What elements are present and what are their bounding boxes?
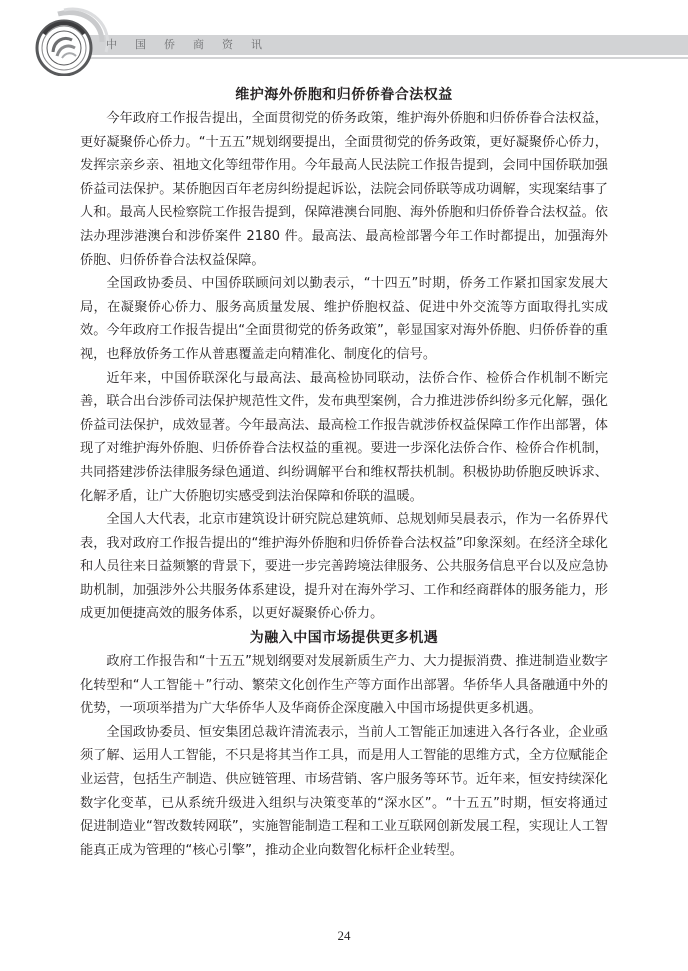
section-heading: 维护海外侨胞和归侨侨眷合法权益: [80, 83, 608, 107]
association-logo-icon: [20, 6, 110, 76]
header-title-char: 资: [222, 37, 251, 53]
paragraph: 全国政协委员、恒安集团总裁许清流表示，当前人工智能正加速进入各行各业，企业亟须了…: [80, 721, 608, 863]
paragraph: 政府工作报告和“十五五”规划纲要对发展新质生产力、大力提振消费、推进制造业数字化…: [80, 650, 608, 721]
section-market-opportunities: 为融入中国市场提供更多机遇 政府工作报告和“十五五”规划纲要对发展新质生产力、大…: [80, 626, 608, 862]
paragraph: 今年政府工作报告提出，全面贯彻党的侨务政策，维护海外侨胞和归侨侨眷合法权益，更好…: [80, 107, 608, 272]
header-title: 中 国 侨 商 资 讯: [106, 37, 280, 53]
header-title-char: 中: [106, 37, 135, 53]
section-overseas-rights: 维护海外侨胞和归侨侨眷合法权益 今年政府工作报告提出，全面贯彻党的侨务政策，维护…: [80, 83, 608, 626]
paragraph: 全国人大代表，北京市建筑设计研究院总建筑师、总规划师吴晨表示，作为一名侨界代表，…: [80, 508, 608, 626]
paragraph: 近年来，中国侨联深化与最高法、最高检协同联动，法侨合作、检侨合作机制不断完善，联…: [80, 367, 608, 509]
header-title-char: 国: [135, 37, 164, 53]
paragraph: 全国政协委员、中国侨联顾问刘以勤表示，“十四五”时期，侨务工作紧扣国家发展大局，…: [80, 272, 608, 366]
header-title-char: 商: [193, 37, 222, 53]
page-number: 24: [0, 928, 688, 944]
page-header: 中 国 侨 商 资 讯: [0, 0, 688, 70]
header-title-char: 侨: [164, 37, 193, 53]
article-body: 维护海外侨胞和归侨侨眷合法权益 今年政府工作报告提出，全面贯彻党的侨务政策，维护…: [80, 83, 608, 862]
header-rule: [88, 57, 688, 59]
header-title-char: 讯: [251, 37, 280, 53]
section-heading: 为融入中国市场提供更多机遇: [80, 626, 608, 650]
